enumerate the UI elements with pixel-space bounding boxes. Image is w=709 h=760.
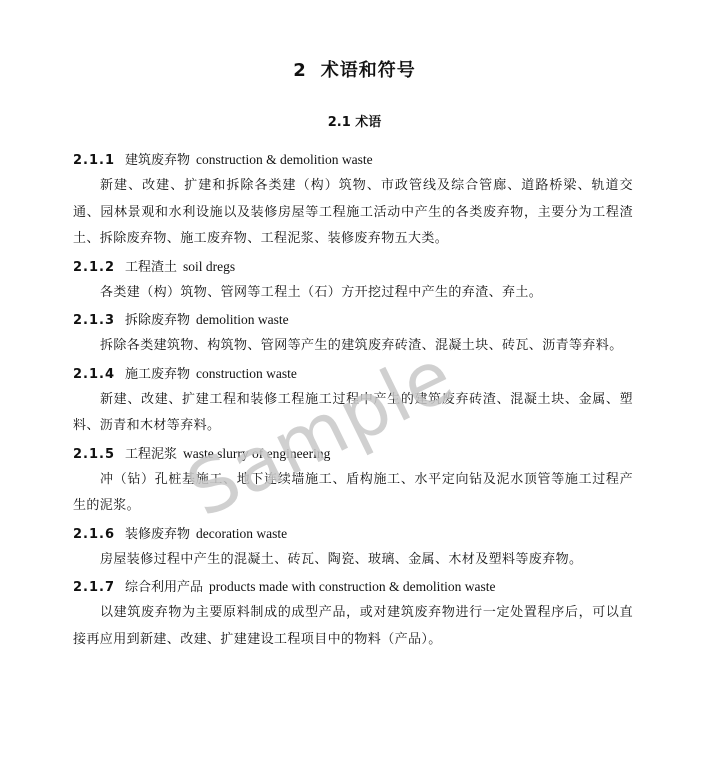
term-name-zh: 工程泥浆 (125, 447, 177, 462)
term-name-en: decoration waste (196, 526, 287, 541)
terms-list: 2.1.1建筑废弃物construction & demolition wast… (73, 146, 633, 653)
term-heading: 2.1.1建筑废弃物construction & demolition wast… (73, 149, 633, 171)
chapter-title: 2术语和符号 (0, 56, 709, 82)
term-definition: 冲（钻）孔桩基施工、地下连续墙施工、盾构施工、水平定向钻及泥水顶管等施工过程产生… (73, 467, 633, 520)
chapter-title-text: 术语和符号 (321, 60, 416, 81)
term-number: 2.1.5 (73, 444, 125, 466)
term-name-zh: 综合利用产品 (125, 580, 203, 595)
term-2-1-2: 2.1.2工程渣土soil dregs 各类建（构）筑物、管网等工程土（石）方开… (73, 256, 633, 307)
term-name-en: construction waste (196, 366, 297, 381)
term-name-zh: 装修废弃物 (125, 527, 190, 542)
section-title: 2.1 术语 (0, 111, 709, 130)
term-heading: 2.1.3拆除废弃物demolition waste (73, 309, 633, 331)
term-2-1-7: 2.1.7综合利用产品products made with constructi… (73, 576, 633, 653)
term-number: 2.1.6 (73, 524, 125, 546)
term-heading: 2.1.2工程渣土soil dregs (73, 256, 633, 278)
term-definition: 拆除各类建筑物、构筑物、管网等产生的建筑废弃砖渣、混凝土块、砖瓦、沥青等弃料。 (73, 333, 633, 360)
term-name-en: soil dregs (183, 259, 235, 274)
term-number: 2.1.4 (73, 364, 125, 386)
term-2-1-4: 2.1.4施工废弃物construction waste 新建、改建、扩建工程和… (73, 363, 633, 440)
term-number: 2.1.1 (73, 150, 125, 172)
term-name-en: products made with construction & demoli… (209, 579, 495, 594)
term-2-1-1: 2.1.1建筑废弃物construction & demolition wast… (73, 149, 633, 253)
term-name-zh: 工程渣土 (125, 260, 177, 275)
term-2-1-6: 2.1.6装修废弃物decoration waste 房屋装修过程中产生的混凝土… (73, 523, 633, 574)
term-name-en: demolition waste (196, 312, 289, 327)
document-page: 2术语和符号 2.1 术语 2.1.1建筑废弃物construction & d… (0, 0, 709, 760)
term-heading: 2.1.5工程泥浆waste slurry of engineering (73, 443, 633, 465)
term-name-zh: 建筑废弃物 (125, 153, 190, 168)
chapter-number: 2 (293, 60, 307, 81)
term-name-en: waste slurry of engineering (183, 446, 330, 461)
term-number: 2.1.7 (73, 577, 125, 599)
term-definition: 以建筑废弃物为主要原料制成的成型产品，或对建筑废弃物进行一定处置程序后，可以直接… (73, 600, 633, 653)
term-number: 2.1.2 (73, 257, 125, 279)
term-heading: 2.1.4施工废弃物construction waste (73, 363, 633, 385)
term-heading: 2.1.7综合利用产品products made with constructi… (73, 576, 633, 598)
term-name-zh: 施工废弃物 (125, 367, 190, 382)
term-2-1-3: 2.1.3拆除废弃物demolition waste 拆除各类建筑物、构筑物、管… (73, 309, 633, 360)
term-definition: 房屋装修过程中产生的混凝土、砖瓦、陶瓷、玻璃、金属、木材及塑料等废弃物。 (73, 547, 633, 574)
term-definition: 新建、改建、扩建和拆除各类建（构）筑物、市政管线及综合管廊、道路桥梁、轨道交通、… (73, 173, 633, 253)
term-2-1-5: 2.1.5工程泥浆waste slurry of engineering 冲（钻… (73, 443, 633, 520)
term-definition: 新建、改建、扩建工程和装修工程施工过程中产生的建筑废弃砖渣、混凝土块、金属、塑料… (73, 387, 633, 440)
term-name-en: construction & demolition waste (196, 152, 373, 167)
term-number: 2.1.3 (73, 310, 125, 332)
term-name-zh: 拆除废弃物 (125, 313, 190, 328)
term-definition: 各类建（构）筑物、管网等工程土（石）方开挖过程中产生的弃渣、弃土。 (73, 280, 633, 307)
term-heading: 2.1.6装修废弃物decoration waste (73, 523, 633, 545)
